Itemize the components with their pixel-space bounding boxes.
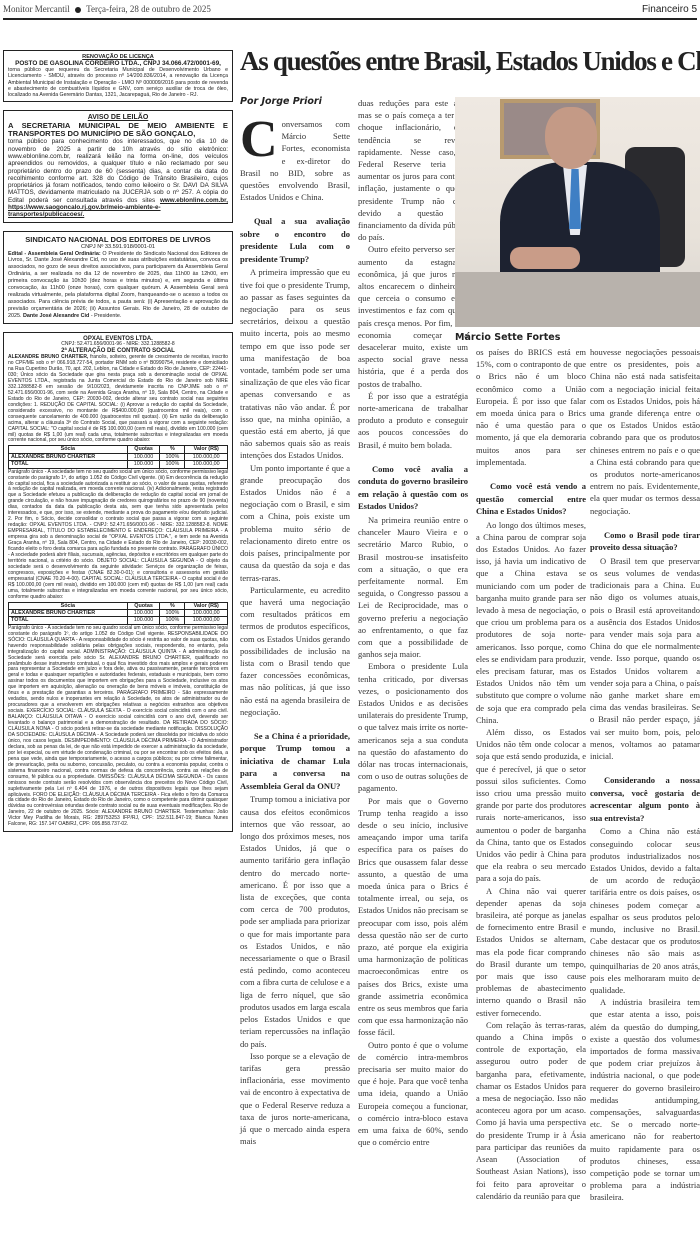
drop-cap: C — [240, 120, 278, 160]
table-cell: 100.000 — [127, 453, 160, 460]
article-paragraph: Além disso, os Estados Unidos não têm on… — [476, 726, 586, 885]
article-paragraph: A indústria brasileira tem que estar ate… — [590, 996, 700, 1203]
table-header: Sócia — [9, 602, 128, 609]
table-header: % — [160, 602, 185, 609]
article-paragraph: O Brasil tem que preservar os seus volum… — [590, 555, 700, 762]
table-cell: 100.000,00 — [185, 617, 228, 624]
table-cell: 100% — [160, 461, 185, 468]
page-number: 5 — [691, 4, 697, 15]
table-header: Valor (R$) — [185, 602, 228, 609]
table-row: TOTAL 100.000 100% 100.000,00 — [9, 461, 228, 468]
notice-paragraph: OMISSÕES: CLÁUSULA DÉCIMA SEGUNDA - Os c… — [8, 774, 228, 828]
article-paragraph: Como a China não está conseguindo coloca… — [590, 825, 700, 996]
section-name: Financeiro — [642, 4, 689, 15]
notice-body: torna público para conhecimento dos inte… — [8, 138, 228, 203]
publication-date: Terça-feira, 28 de outubro de 2025 — [86, 4, 211, 14]
table-cell: 100.000,00 — [185, 461, 228, 468]
quota-table: Sócia Quotas % Valor (R$) ALEXANDRE BRUN… — [8, 602, 228, 625]
notice-body: O Presidente do Sindicato Nacional dos E… — [8, 251, 228, 319]
interview-question: Qual a sua avaliação sobre o encontro do… — [240, 215, 350, 265]
article-paragraph: Trump tomou a iniciativa por causa dos e… — [240, 793, 350, 1049]
article-paragraph: Embora o presidente Lula tenha criticado… — [358, 660, 468, 794]
article-paragraph: Na primeira reunião entre o chanceler Ma… — [358, 514, 468, 660]
article-column-3: os países do BRICS está em 15%, com o co… — [476, 346, 586, 1202]
notice-union-assembly: SINDICATO NACIONAL DOS EDITORES DE LIVRO… — [3, 231, 233, 324]
notice-cnpj: CNPJ Nº 33.591.918/0001-01 — [8, 244, 228, 251]
table-row: ALEXANDRE BRUNO CHARTIER 100.000 100% 10… — [9, 610, 228, 617]
notice-role: - Presidente. — [91, 313, 122, 319]
article-paragraph: duas reduções para este ano, mas se o pa… — [358, 97, 468, 243]
article-byline: Por Jorge Priori — [240, 96, 322, 107]
article-paragraph: Outro efeito perverso seria o aumento da… — [358, 243, 468, 389]
table-header-row: Sócia Quotas % Valor (R$) — [9, 446, 228, 453]
bullet-icon — [75, 7, 81, 13]
table-cell: 100.000 — [127, 461, 160, 468]
notice-lead: Edital - Assembleia Geral Ordinária: — [8, 251, 101, 257]
table-cell: 100.000 — [127, 617, 160, 624]
table-row: ALEXANDRE BRUNO CHARTIER 100.000 100% 10… — [9, 453, 228, 460]
article-paragraph: Ao longo dos últimos meses, a China paro… — [476, 519, 586, 726]
desk — [455, 272, 700, 327]
interview-question: Considerando a nossa conversa, você gost… — [590, 774, 700, 824]
notice-contract-amendment: OPXAL EVENTOS LTDA. CNPJ: 52.471.656/000… — [3, 332, 233, 833]
face — [545, 107, 597, 169]
section-label: Financeiro 5 — [642, 4, 697, 15]
article-paragraph: houvesse negociações pessoais entre os p… — [590, 346, 700, 517]
article-headline: As questões entre Brasil, Estados Unidos… — [240, 40, 700, 90]
article-column-4: houvesse negociações pessoais entre os p… — [590, 346, 700, 1204]
notice-paragraph: Parágrafo único - A sociedade tem no seu… — [8, 625, 228, 780]
hands — [510, 247, 580, 269]
table-cell: 100.000 — [127, 610, 160, 617]
table-header: Sócia — [9, 446, 128, 453]
article-paragraph: A primeira impressão que eu tive foi que… — [240, 266, 350, 461]
article-paragraph: Com relação às terras-raras, quando a Ch… — [476, 1019, 586, 1202]
table-header: Quotas — [127, 446, 160, 453]
notice-body: torna público que requereu da Secretaria… — [8, 67, 228, 98]
interview-article: As questões entre Brasil, Estados Unidos… — [240, 40, 700, 90]
table-cell: 100.000,00 — [185, 453, 228, 460]
interview-question: Como você avalia a conduta do governo br… — [358, 463, 468, 513]
table-header: Quotas — [127, 602, 160, 609]
table-cell: 100% — [160, 453, 185, 460]
notice-license-renewal: RENOVAÇÃO DE LICENÇA POSTO DE GASOLINA C… — [3, 50, 233, 102]
table-cell: ALEXANDRE BRUNO CHARTIER — [9, 453, 128, 460]
article-column-1: Conversamos com Márcio Sette Fortes, eco… — [240, 118, 350, 1147]
notice-auction: AVISO DE LEILÃO A SECRETARIA MUNICIPAL D… — [3, 110, 233, 222]
table-header: % — [160, 446, 185, 453]
quota-table: Sócia Quotas % Valor (R$) ALEXANDRE BRUN… — [8, 445, 228, 468]
masthead-left: Monitor Mercantil Terça-feira, 28 de out… — [3, 4, 211, 14]
notice-paragraph: francês, solteiro, gerente de cresciment… — [8, 354, 228, 443]
table-header-row: Sócia Quotas % Valor (R$) — [9, 602, 228, 609]
article-paragraph: Por mais que o Governo Trump tenha reagi… — [358, 795, 468, 1039]
notice-lead: POSTO DE GASOLINA CORDEIRO LTDA., CNPJ 3… — [8, 60, 228, 67]
article-paragraph: Isso porque se a elevação de tarifas ger… — [240, 1050, 350, 1148]
article-paragraph: É por isso que a estratégia norte-americ… — [358, 390, 468, 451]
table-cell: TOTAL — [9, 617, 128, 624]
table-cell: 100.000,00 — [185, 610, 228, 617]
page-masthead: Monitor Mercantil Terça-feira, 28 de out… — [3, 0, 697, 20]
table-cell: TOTAL — [9, 461, 128, 468]
article-paragraph: Particularmente, eu acredito que haverá … — [240, 584, 350, 718]
article-intro: Conversamos com Márcio Sette Fortes, eco… — [240, 118, 350, 203]
interview-question: Como você está vendo a questão comercial… — [476, 480, 586, 518]
table-cell: ALEXANDRE BRUNO CHARTIER — [9, 610, 128, 617]
legal-notices-column: RENOVAÇÃO DE LICENÇA POSTO DE GASOLINA C… — [3, 50, 233, 840]
photo-caption: Márcio Sette Fortes — [455, 332, 560, 343]
publication-name: Monitor Mercantil — [3, 4, 70, 14]
article-paragraph: A China não vai querer depender apenas d… — [476, 885, 586, 1019]
article-paragraph: os países do BRICS está em 15%, com o co… — [476, 346, 586, 468]
interviewee-photo — [455, 97, 700, 327]
interview-question: Se a China é a prioridade, porque Trump … — [240, 730, 350, 793]
notice-paragraph: Parágrafo único - A sociedade tem no seu… — [8, 469, 228, 600]
notice-lead: A SECRETARIA MUNICIPAL DE MEIO AMBIENTE … — [8, 122, 228, 139]
table-row: TOTAL 100.000 100% 100.000,00 — [9, 617, 228, 624]
notice-signature: Dante José Alexandre Cid — [23, 313, 89, 319]
interview-question: Como o Brasil pode tirar proveito dessa … — [590, 529, 700, 554]
notice-title: SINDICATO NACIONAL DOS EDITORES DE LIVRO… — [8, 235, 228, 244]
table-header: Valor (R$) — [185, 446, 228, 453]
article-paragraph: Outro ponto é que o volume de comércio i… — [358, 1039, 468, 1149]
article-paragraph: Um ponto importante é que a grande preoc… — [240, 462, 350, 584]
table-cell: 100% — [160, 610, 185, 617]
table-cell: 100% — [160, 617, 185, 624]
article-column-2: duas reduções para este ano, mas se o pa… — [358, 97, 468, 1148]
